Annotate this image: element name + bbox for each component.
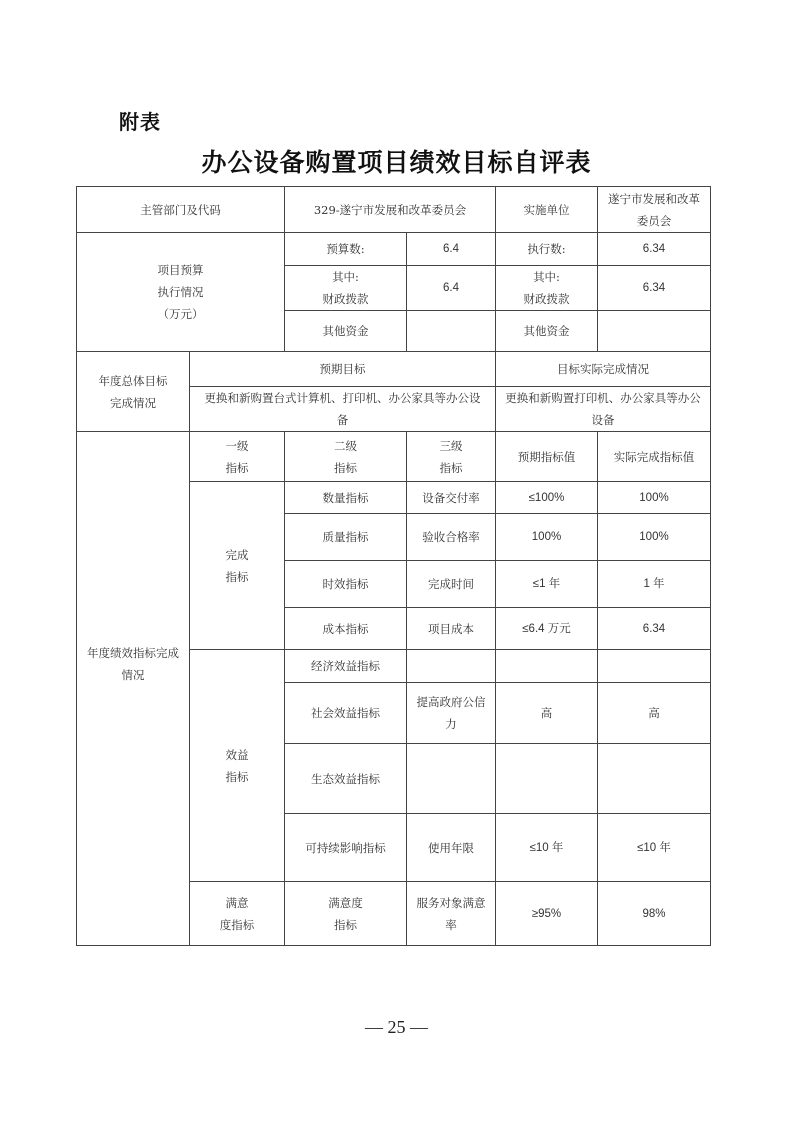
- actual-value: [598, 650, 711, 683]
- expected-value: [496, 650, 598, 683]
- level3-indicator: 设备交付率: [407, 482, 496, 514]
- self-evaluation-table: 主管部门及代码 329-遂宁市发展和改革委员会 实施单位 遂宁市发展和改革 委员…: [76, 186, 711, 946]
- expected-value: 高: [496, 683, 598, 744]
- expected-value-header: 预期指标值: [496, 432, 598, 482]
- level2-indicator: 社会效益指标: [285, 683, 407, 744]
- budget-label: 项目预算 执行情况 （万元）: [77, 233, 285, 352]
- actual-goal-text: 更换和新购置打印机、办公家具等办公 设备: [496, 387, 711, 432]
- actual-value: 6.34: [598, 608, 711, 650]
- level1-indicator: 完成 指标: [190, 482, 285, 650]
- level3-indicator: [407, 650, 496, 683]
- budget-row: 项目预算 执行情况 （万元） 预算数: 6.4 执行数: 6.34: [77, 233, 711, 266]
- expected-value: ≤10 年: [496, 814, 598, 882]
- actual-goal-header: 目标实际完成情况: [496, 352, 711, 387]
- unit-value: 遂宁市发展和改革 委员会: [598, 187, 711, 233]
- actual-value: ≤10 年: [598, 814, 711, 882]
- level3-header: 三级 指标: [407, 432, 496, 482]
- level3-indicator: 使用年限: [407, 814, 496, 882]
- budget-left-value: [407, 311, 496, 352]
- level3-indicator: 完成时间: [407, 561, 496, 608]
- level2-indicator: 质量指标: [285, 514, 407, 561]
- actual-value: 100%: [598, 514, 711, 561]
- dept-value: 329-遂宁市发展和改革委员会: [285, 187, 496, 233]
- dept-label: 主管部门及代码: [77, 187, 285, 233]
- expected-value: ≤6.4 万元: [496, 608, 598, 650]
- expected-value: ≤100%: [496, 482, 598, 514]
- level1-indicator: 满意 度指标: [190, 882, 285, 946]
- expected-goal-header: 预期目标: [190, 352, 496, 387]
- level2-indicator: 成本指标: [285, 608, 407, 650]
- expected-value: ≥95%: [496, 882, 598, 946]
- level2-header: 二级 指标: [285, 432, 407, 482]
- level3-indicator: 提高政府公信 力: [407, 683, 496, 744]
- level2-indicator: 数量指标: [285, 482, 407, 514]
- level2-indicator: 经济效益指标: [285, 650, 407, 683]
- budget-right-value: 6.34: [598, 233, 711, 266]
- budget-right-value: 6.34: [598, 266, 711, 311]
- budget-right-label: 执行数:: [496, 233, 598, 266]
- level3-indicator: 验收合格率: [407, 514, 496, 561]
- actual-value: 100%: [598, 482, 711, 514]
- budget-right-label: 其中: 财政拨款: [496, 266, 598, 311]
- budget-left-label: 预算数:: [285, 233, 407, 266]
- expected-goal-text: 更换和新购置台式计算机、打印机、办公家具等办公设 备: [190, 387, 496, 432]
- level2-indicator: 满意度 指标: [285, 882, 407, 946]
- level1-header: 一级 指标: [190, 432, 285, 482]
- document-title: 办公设备购置项目绩效目标自评表: [0, 143, 793, 179]
- level2-indicator: 可持续影响指标: [285, 814, 407, 882]
- level2-indicator: 时效指标: [285, 561, 407, 608]
- level3-indicator: [407, 744, 496, 814]
- level3-indicator: 项目成本: [407, 608, 496, 650]
- budget-right-value: [598, 311, 711, 352]
- expected-value: ≤1 年: [496, 561, 598, 608]
- budget-left-label: 其他资金: [285, 311, 407, 352]
- budget-left-label: 其中: 财政拨款: [285, 266, 407, 311]
- appendix-label: 附表: [119, 106, 161, 135]
- actual-value-header: 实际完成指标值: [598, 432, 711, 482]
- budget-right-label: 其他资金: [496, 311, 598, 352]
- level2-indicator: 生态效益指标: [285, 744, 407, 814]
- actual-value: 1 年: [598, 561, 711, 608]
- expected-value: [496, 744, 598, 814]
- annual-goal-header-row: 年度总体目标 完成情况 预期目标 目标实际完成情况: [77, 352, 711, 387]
- actual-value: [598, 744, 711, 814]
- level1-indicator: 效益 指标: [190, 650, 285, 882]
- performance-label: 年度绩效指标完成 情况: [77, 432, 190, 946]
- actual-value: 98%: [598, 882, 711, 946]
- unit-label: 实施单位: [496, 187, 598, 233]
- budget-left-value: 6.4: [407, 266, 496, 311]
- budget-left-value: 6.4: [407, 233, 496, 266]
- annual-goal-label: 年度总体目标 完成情况: [77, 352, 190, 432]
- page-number: — 25 —: [0, 1017, 793, 1038]
- actual-value: 高: [598, 683, 711, 744]
- department-row: 主管部门及代码 329-遂宁市发展和改革委员会 实施单位 遂宁市发展和改革 委员…: [77, 187, 711, 233]
- expected-value: 100%: [496, 514, 598, 561]
- indicator-header-row: 年度绩效指标完成 情况 一级 指标 二级 指标 三级 指标 预期指标值 实际完成…: [77, 432, 711, 482]
- level3-indicator: 服务对象满意 率: [407, 882, 496, 946]
